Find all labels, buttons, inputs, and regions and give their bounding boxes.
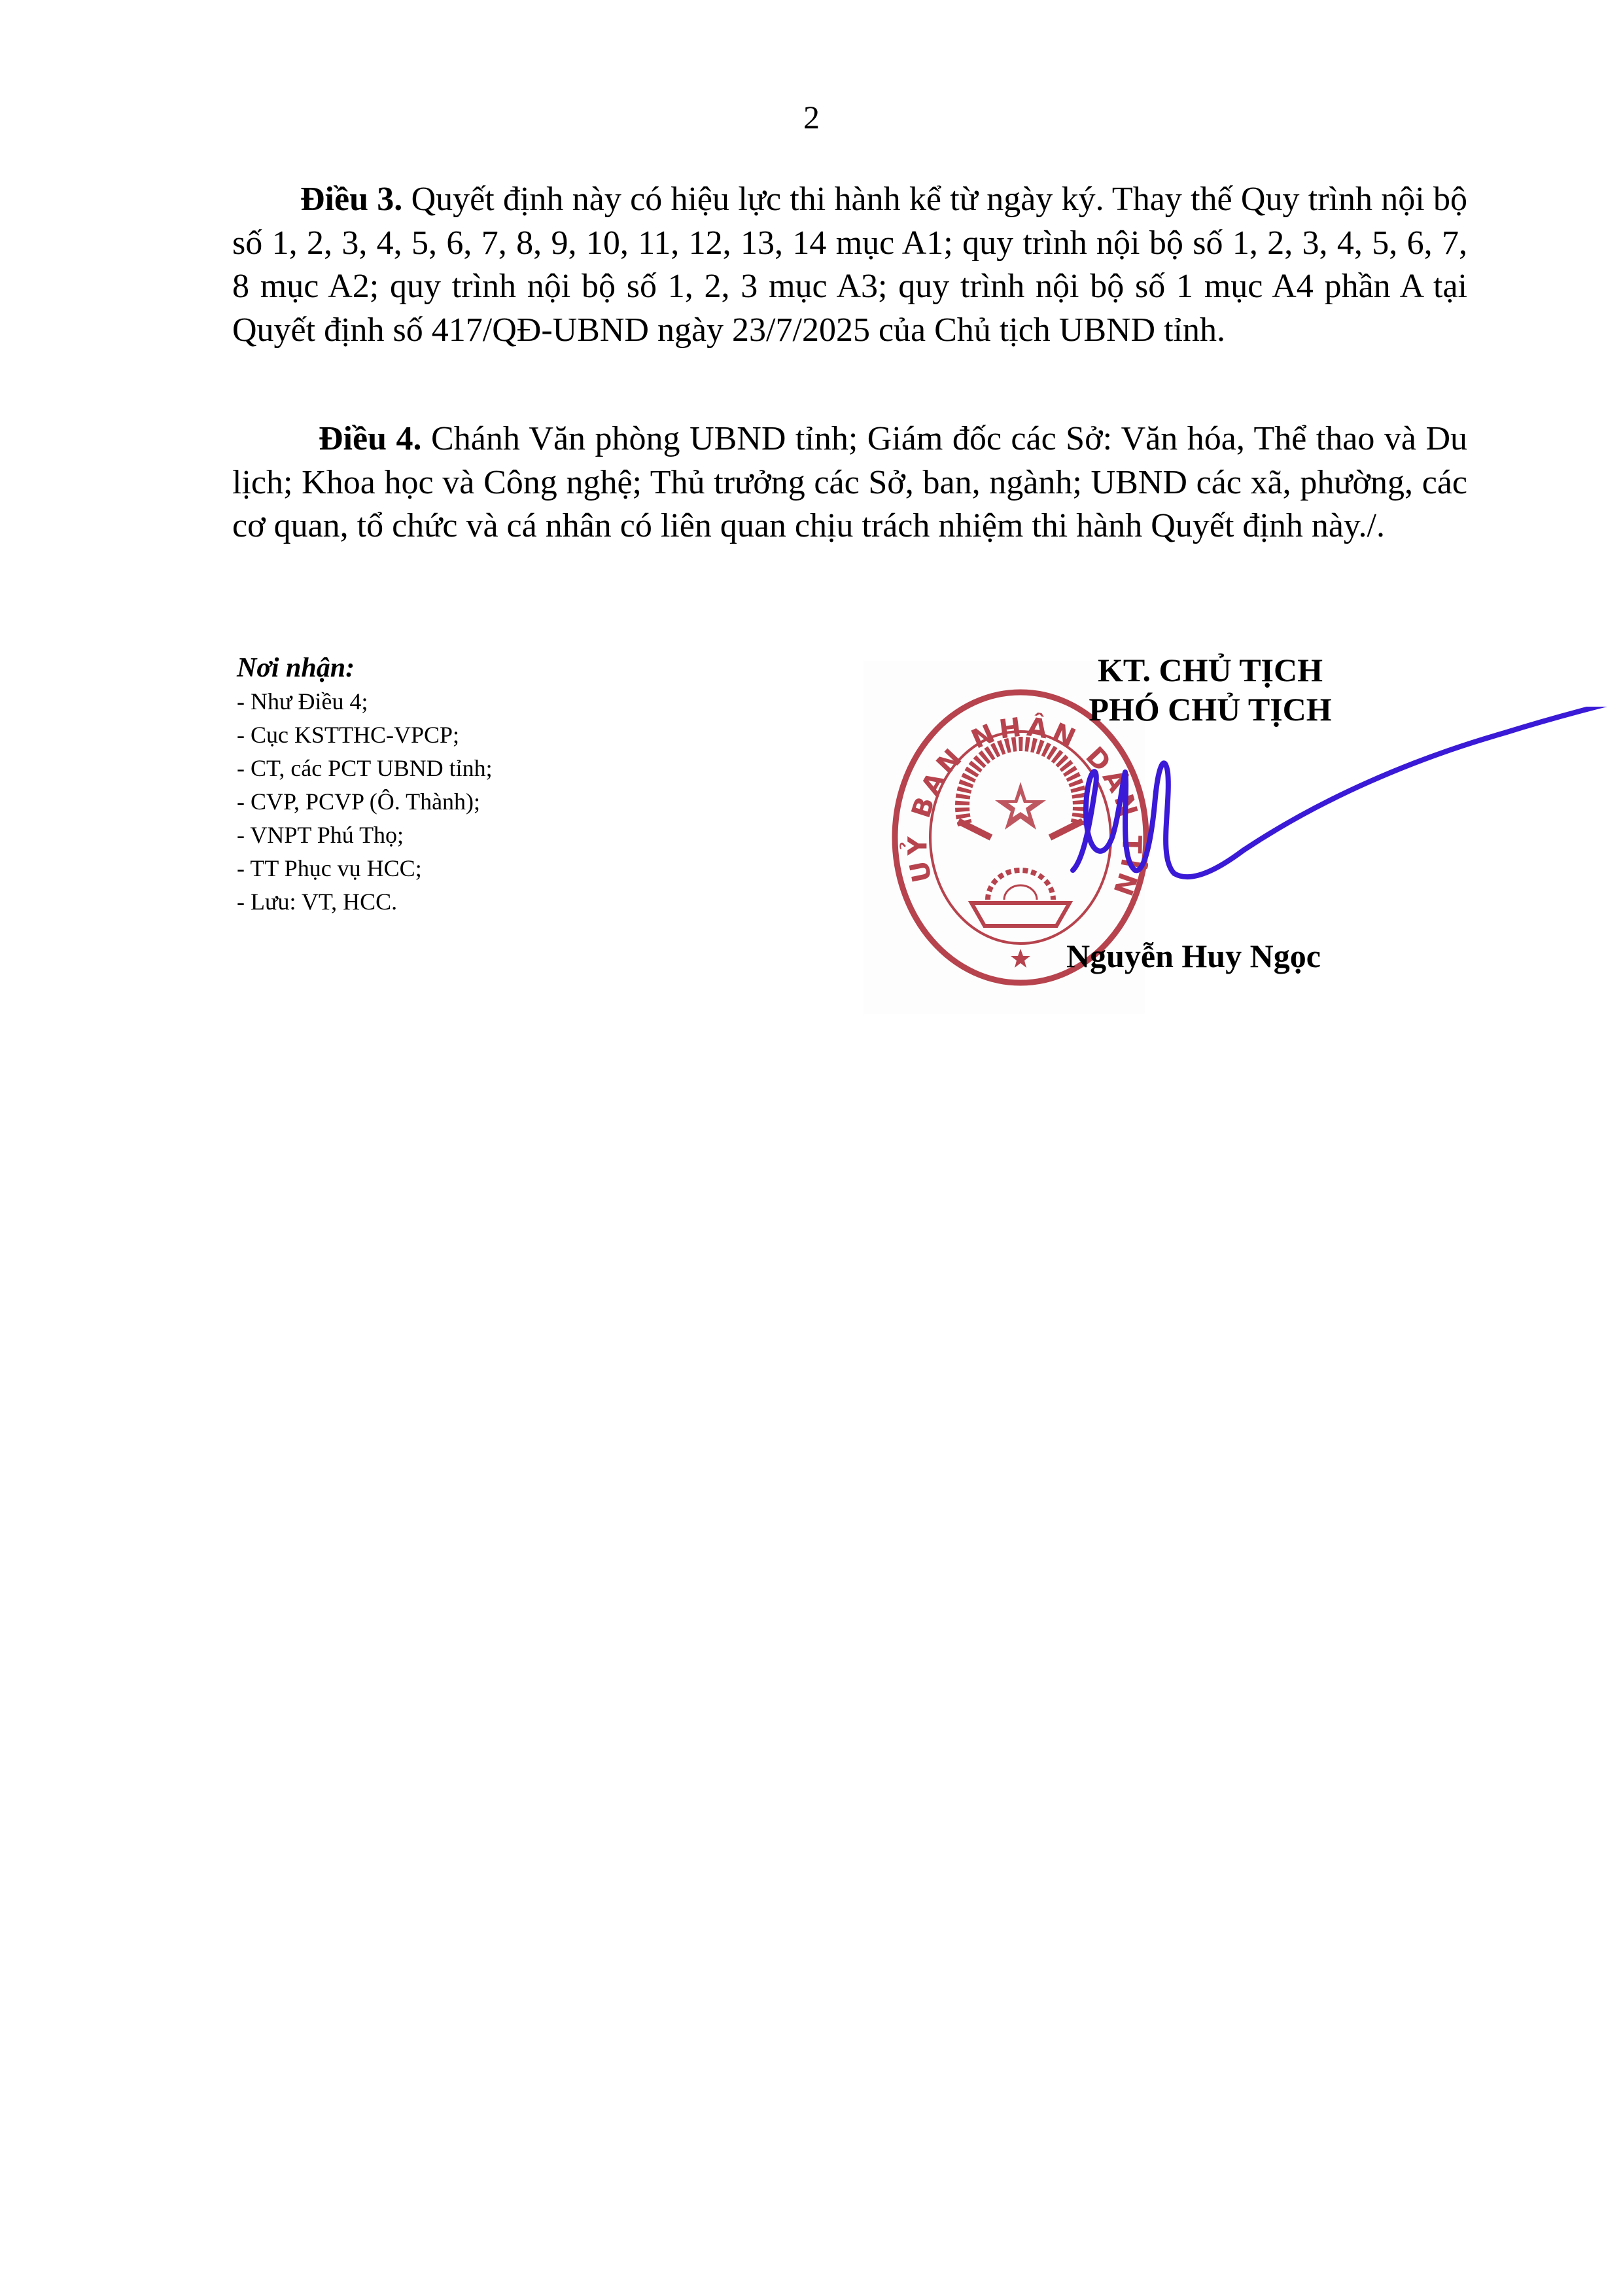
recipient-item: - Lưu: VT, HCC. (237, 885, 493, 919)
recipient-item: - Cục KSTTHC-VPCP; (237, 718, 493, 752)
recipient-item: - TT Phục vụ HCC; (237, 852, 493, 885)
article-3-title: Điều 3. (300, 181, 402, 218)
recipient-item: - CT, các PCT UBND tỉnh; (237, 752, 493, 785)
article-4: Điều 4. Chánh Văn phòng UBND tỉnh; Giám … (232, 417, 1467, 548)
recipient-item: - Như Điều 4; (237, 685, 493, 718)
recipients-list: - Như Điều 4; - Cục KSTTHC-VPCP; - CT, c… (237, 685, 493, 919)
page-number: 2 (0, 98, 1623, 136)
recipients-heading: Nơi nhận: (237, 651, 493, 685)
handwritten-signature-icon (1047, 707, 1623, 929)
article-4-title: Điều 4. (319, 420, 422, 457)
signature-title-line1: KT. CHỦ TỊCH (1007, 650, 1413, 690)
recipients-block: Nơi nhận: - Như Điều 4; - Cục KSTTHC-VPC… (237, 651, 493, 919)
signer-name: Nguyễn Huy Ngọc (1066, 937, 1321, 975)
recipient-item: - VNPT Phú Thọ; (237, 819, 493, 852)
article-3-text: Quyết định này có hiệu lực thi hành kể t… (232, 181, 1467, 349)
recipient-item: - CVP, PCVP (Ô. Thành); (237, 785, 493, 819)
article-3: Điều 3. Quyết định này có hiệu lực thi h… (232, 178, 1467, 352)
